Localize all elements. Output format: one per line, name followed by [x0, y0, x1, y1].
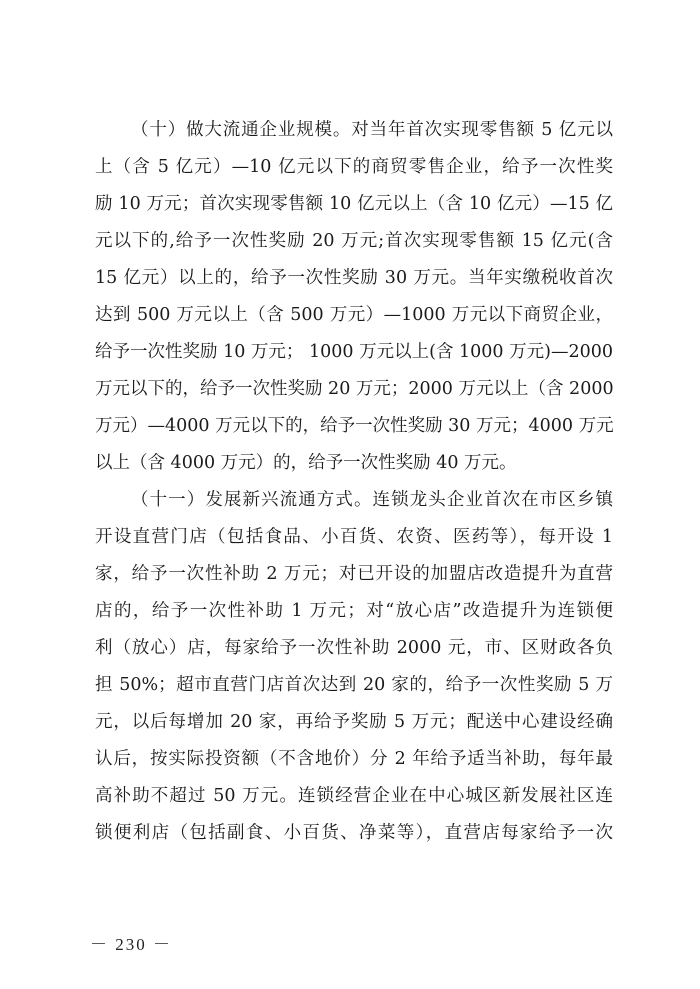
text-line: 利（放心）店，每家给予一次性补助 2000 元，市、区财政各负 [95, 630, 613, 667]
text-line: 万元以下的，给予一次性奖励 20 万元；2000 万元以上（含 2000 [95, 371, 613, 408]
text-line: 店的，给予一次性补助 1 万元；对“放心店”改造提升为连锁便 [95, 593, 613, 630]
text-line: 开设直营门店（包括食品、小百货、农资、医药等），每开设 1 [95, 519, 613, 556]
text-line: 励 10 万元；首次实现零售额 10 亿元以上（含 10 亿元）—15 亿 [95, 186, 613, 223]
text-line: 元以下的,给予一次性奖励 20 万元;首次实现零售额 15 亿元(含 [95, 223, 613, 260]
text-line: 锁便利店（包括副食、小百货、净菜等），直营店每家给予一次 [95, 815, 613, 852]
text-line: 以上（含 4000 万元）的，给予一次性奖励 40 万元。 [95, 445, 613, 482]
paragraph-section-11: （十一）发展新兴流通方式。连锁龙头企业首次在市区乡镇 开设直营门店（包括食品、小… [95, 482, 613, 852]
text-line: 上（含 5 亿元）—10 亿元以下的商贸零售企业，给予一次性奖 [95, 149, 613, 186]
text-line: （十一）发展新兴流通方式。连锁龙头企业首次在市区乡镇 [95, 482, 613, 519]
page-number: － 230 － [90, 930, 172, 955]
text-line: 15 亿元）以上的，给予一次性奖励 30 万元。当年实缴税收首次 [95, 260, 613, 297]
text-line: 元，以后每增加 20 家，再给予奖励 5 万元；配送中心建设经确 [95, 704, 613, 741]
paragraph-section-10: （十）做大流通企业规模。对当年首次实现零售额 5 亿元以 上（含 5 亿元）—1… [95, 112, 613, 482]
document-page: （十）做大流通企业规模。对当年首次实现零售额 5 亿元以 上（含 5 亿元）—1… [0, 0, 700, 989]
text-line: 担 50%；超市直营门店首次达到 20 家的，给予一次性奖励 5 万 [95, 667, 613, 704]
text-line: 给予一次性奖励 10 万元； 1000 万元以上(含 1000 万元)—2000 [95, 334, 613, 371]
text-line: 达到 500 万元以上（含 500 万元）—1000 万元以下商贸企业， [95, 297, 613, 334]
text-line: 万元）—4000 万元以下的，给予一次性奖励 30 万元；4000 万元 [95, 408, 613, 445]
document-body: （十）做大流通企业规模。对当年首次实现零售额 5 亿元以 上（含 5 亿元）—1… [95, 112, 613, 852]
text-line: 认后，按实际投资额（不含地价）分 2 年给予适当补助，每年最 [95, 741, 613, 778]
text-line: （十）做大流通企业规模。对当年首次实现零售额 5 亿元以 [95, 112, 613, 149]
text-line: 家，给予一次性补助 2 万元；对已开设的加盟店改造提升为直营 [95, 556, 613, 593]
text-line: 高补助不超过 50 万元。连锁经营企业在中心城区新发展社区连 [95, 778, 613, 815]
